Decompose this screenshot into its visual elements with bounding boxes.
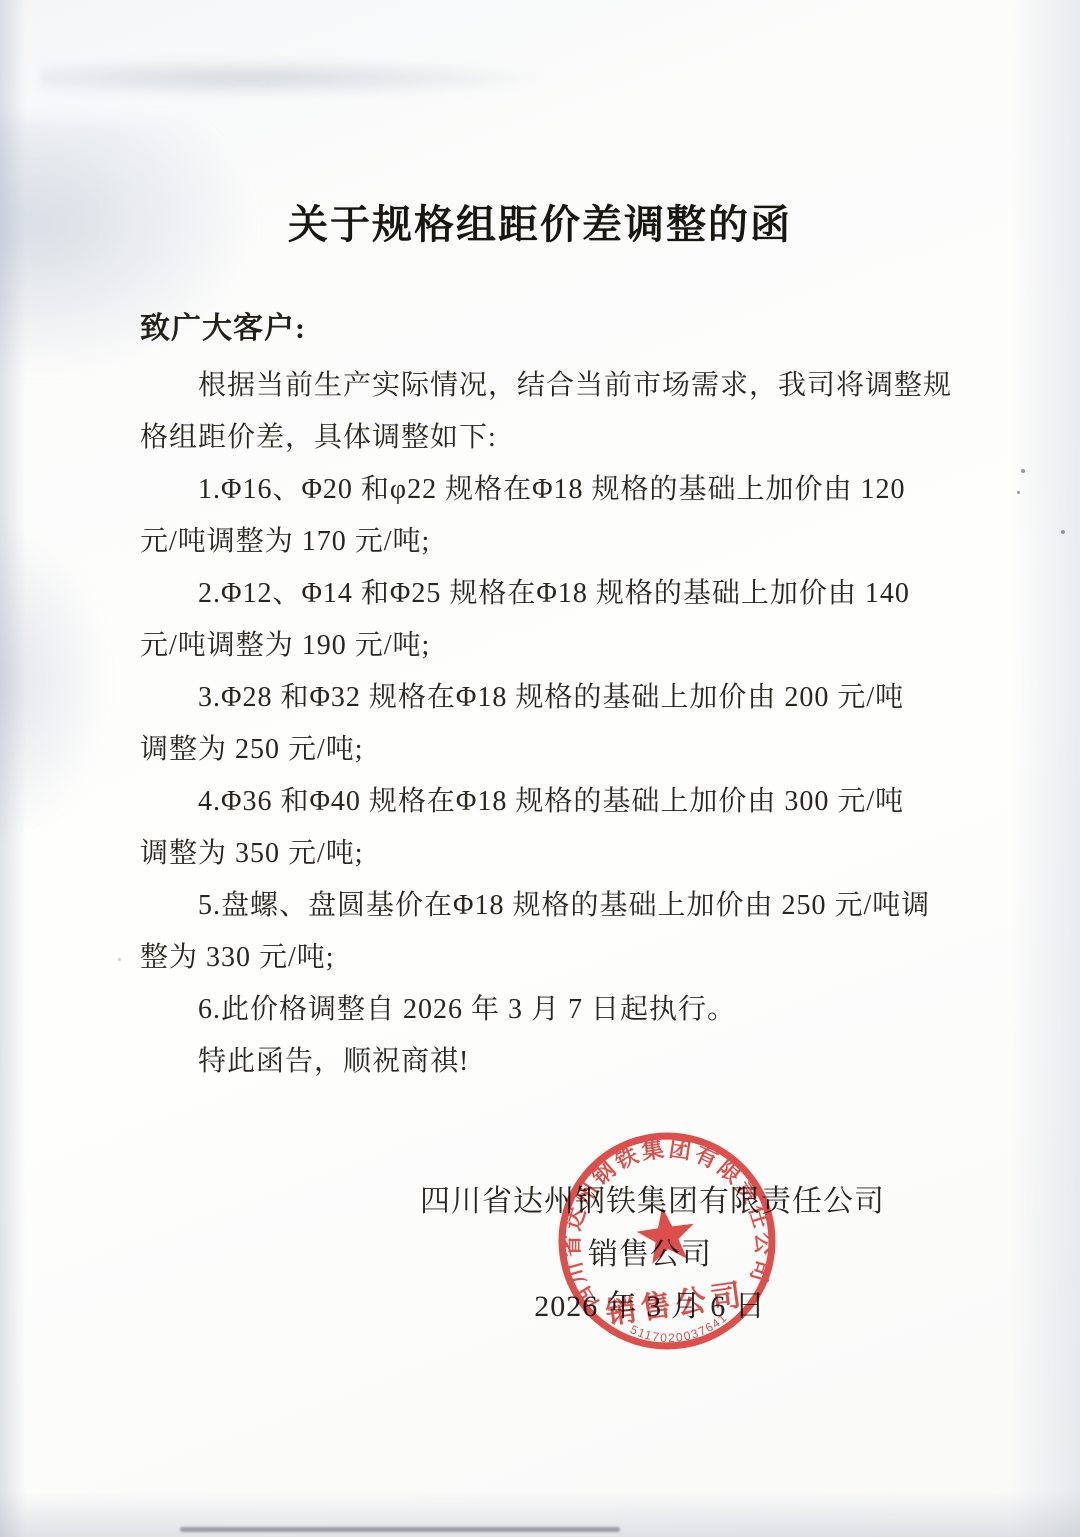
body-line: 4.Φ36 和Φ40 规格在Φ18 规格的基础上加价由 300 元/吨 <box>140 776 940 828</box>
body-line: 调整为 250 元/吨; <box>140 724 940 776</box>
body-line: 格组距价差，具体调整如下: <box>140 412 940 464</box>
scan-edge-shadow <box>0 1491 1080 1537</box>
scan-speck <box>1021 469 1025 473</box>
scan-speck <box>118 958 121 961</box>
body-line: 根据当前生产实际情况，结合当前市场需求，我司将调整规 <box>140 360 940 412</box>
company-seal: 四川省达州钢铁集团有限责任公司 销售公司 5117020037641 <box>542 1116 793 1367</box>
body-line: 3.Φ28 和Φ32 规格在Φ18 规格的基础上加价由 200 元/吨 <box>140 672 940 724</box>
document-title: 关于规格组距价差调整的函 <box>0 193 1080 250</box>
body-line: 特此函告，顺祝商祺! <box>140 1036 940 1088</box>
scan-smudge <box>40 58 560 98</box>
body-line: 5.盘螺、盘圆基价在Φ18 规格的基础上加价由 250 元/吨调 <box>140 880 940 932</box>
body-line: 整为 330 元/吨; <box>140 932 940 984</box>
body-line: 6.此价格调整自 2026 年 3 月 7 日起执行。 <box>140 984 940 1036</box>
scanned-letter-page: 关于规格组距价差调整的函 致广大客户: 根据当前生产实际情况，结合当前市场需求，… <box>0 0 1080 1537</box>
body-line: 2.Φ12、Φ14 和Φ25 规格在Φ18 规格的基础上加价由 140 <box>140 568 940 620</box>
salutation: 致广大客户: <box>140 303 306 347</box>
red-star-icon <box>634 1203 699 1265</box>
scan-speck <box>1017 491 1020 494</box>
body-line: 元/吨调整为 190 元/吨; <box>140 620 940 672</box>
body-line: 调整为 350 元/吨; <box>140 828 940 880</box>
letter-body: 根据当前生产实际情况，结合当前市场需求，我司将调整规 格组距价差，具体调整如下:… <box>140 360 940 1088</box>
scan-artifact <box>180 1527 620 1532</box>
scan-speck <box>1061 530 1065 534</box>
body-line: 元/吨调整为 170 元/吨; <box>140 516 940 568</box>
body-line: 1.Φ16、Φ20 和φ22 规格在Φ18 规格的基础上加价由 120 <box>140 464 940 516</box>
scan-smudge <box>0 520 110 840</box>
